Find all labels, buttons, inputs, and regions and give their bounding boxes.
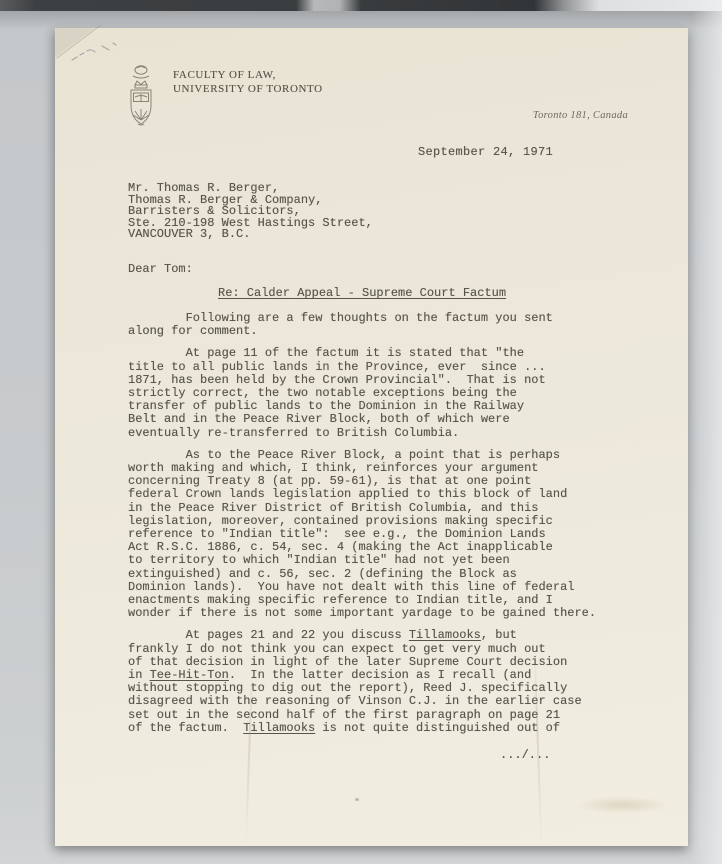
pencil-mark [69,38,121,66]
letter-body: Following are a few thoughts on the fact… [128,312,610,762]
line-text: . In the latter decision as I recall (an… [229,668,531,682]
paragraph-1: Following are a few thoughts on the fact… [128,312,610,338]
scanner-edge-strip [0,0,722,11]
recipient-address: Mr. Thomas R. Berger, Thomas R. Berger &… [128,183,373,241]
letterhead-org: FACULTY OF LAW, UNIVERSITY OF TORONTO [173,68,323,96]
letter-date: September 24, 1971 [418,145,553,159]
paper-speck [355,798,359,801]
line-text: At pages 21 and 22 you discuss [128,628,409,642]
subject-text: Re: Calder Appeal - Supreme Court Factum [218,286,506,300]
uoft-crest-icon [125,64,157,142]
letterhead-location: Toronto 181, Canada [533,110,628,121]
scanner-edge-shadow [0,11,722,29]
line-text: disagreed with the reasoning of Vinson C… [128,694,582,708]
case-name-citation: Tee-Hit-Ton [150,668,229,682]
paragraph-2: At page 11 of the factum it is stated th… [128,347,610,439]
line-text: without stopping to dig out the report),… [128,681,567,695]
letterhead-line1: FACULTY OF LAW, [173,68,323,82]
case-name-citation: Tillamooks [243,721,315,735]
line-text: , but [481,628,517,642]
line-text: of that decision in light of the later S… [128,655,567,669]
line-text: frankly I do not think you can expect to… [128,642,546,656]
letterhead-line2: UNIVERSITY OF TORONTO [173,82,323,96]
letter-page: FACULTY OF LAW, UNIVERSITY OF TORONTO To… [55,28,688,846]
paper-stain [575,796,670,814]
salutation: Dear Tom: [128,262,193,276]
subject-line: Re: Calder Appeal - Supreme Court Factum [218,286,506,300]
paragraph-3: As to the Peace River Block, a point tha… [128,449,610,621]
case-name-citation: Tillamooks [409,628,481,642]
line-text: set out in the second half of the first … [128,708,560,722]
scanned-letter: FACULTY OF LAW, UNIVERSITY OF TORONTO To… [0,0,722,864]
line-text: of the factum. [128,721,243,735]
line-text: in [128,668,150,682]
line-text: is not quite distinguished out of [315,721,560,735]
